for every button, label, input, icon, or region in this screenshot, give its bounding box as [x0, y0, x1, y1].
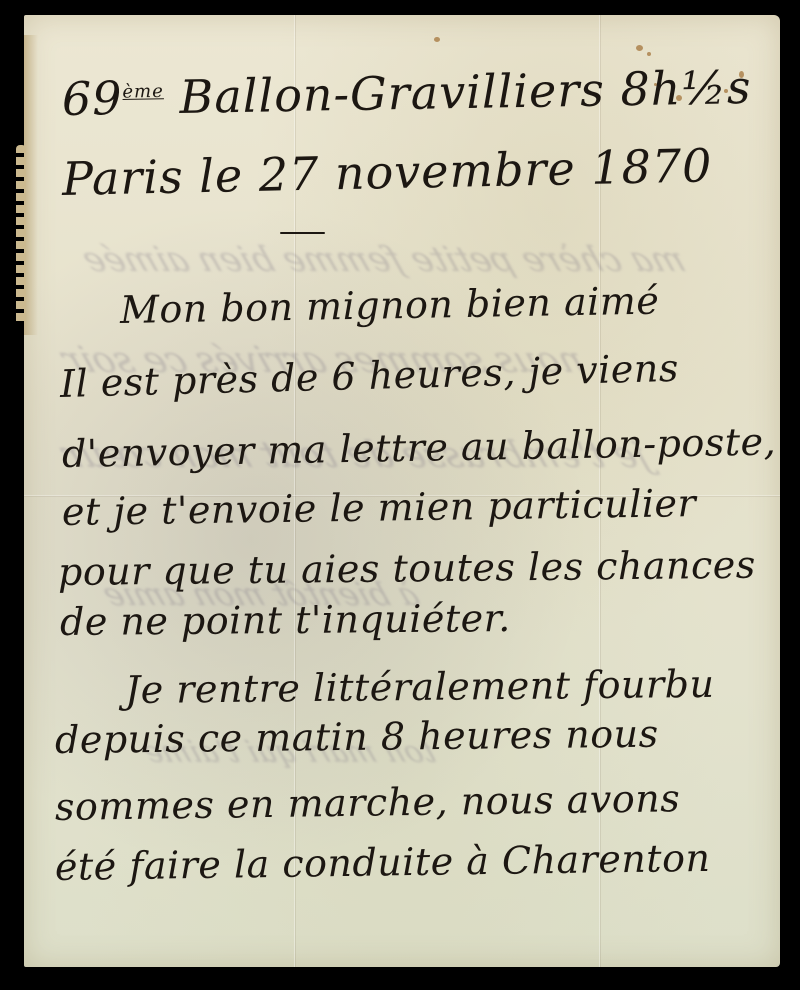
foxing-spot [647, 52, 651, 56]
foxing-spot [434, 37, 440, 42]
edge-stain [24, 35, 38, 335]
balloon-name: Ballon-Gravilliers 8h½s [179, 60, 752, 124]
letter-line: été faire la conduite à Charenton [55, 836, 711, 889]
balloon-number: 69 [62, 71, 123, 126]
letter-line: et je t'envoie le mien particulier [62, 481, 697, 534]
ordinal-suffix: ème [122, 81, 164, 103]
letter-line: de ne point t'inquiéter. [60, 596, 511, 644]
letter-line: Je rentre littéralement fourbu [125, 662, 715, 712]
foxing-spot [636, 45, 643, 51]
letter-line: Mon bon mignon bien aimé [120, 279, 660, 332]
letter-line: sommes en marche, nous avons [55, 776, 681, 829]
date-flourish [280, 232, 325, 234]
deckled-edge [16, 145, 26, 325]
letter-line: pour que tu aies toutes les chances [58, 543, 756, 594]
letter-line: depuis ce matin 8 heures nous [55, 712, 659, 762]
